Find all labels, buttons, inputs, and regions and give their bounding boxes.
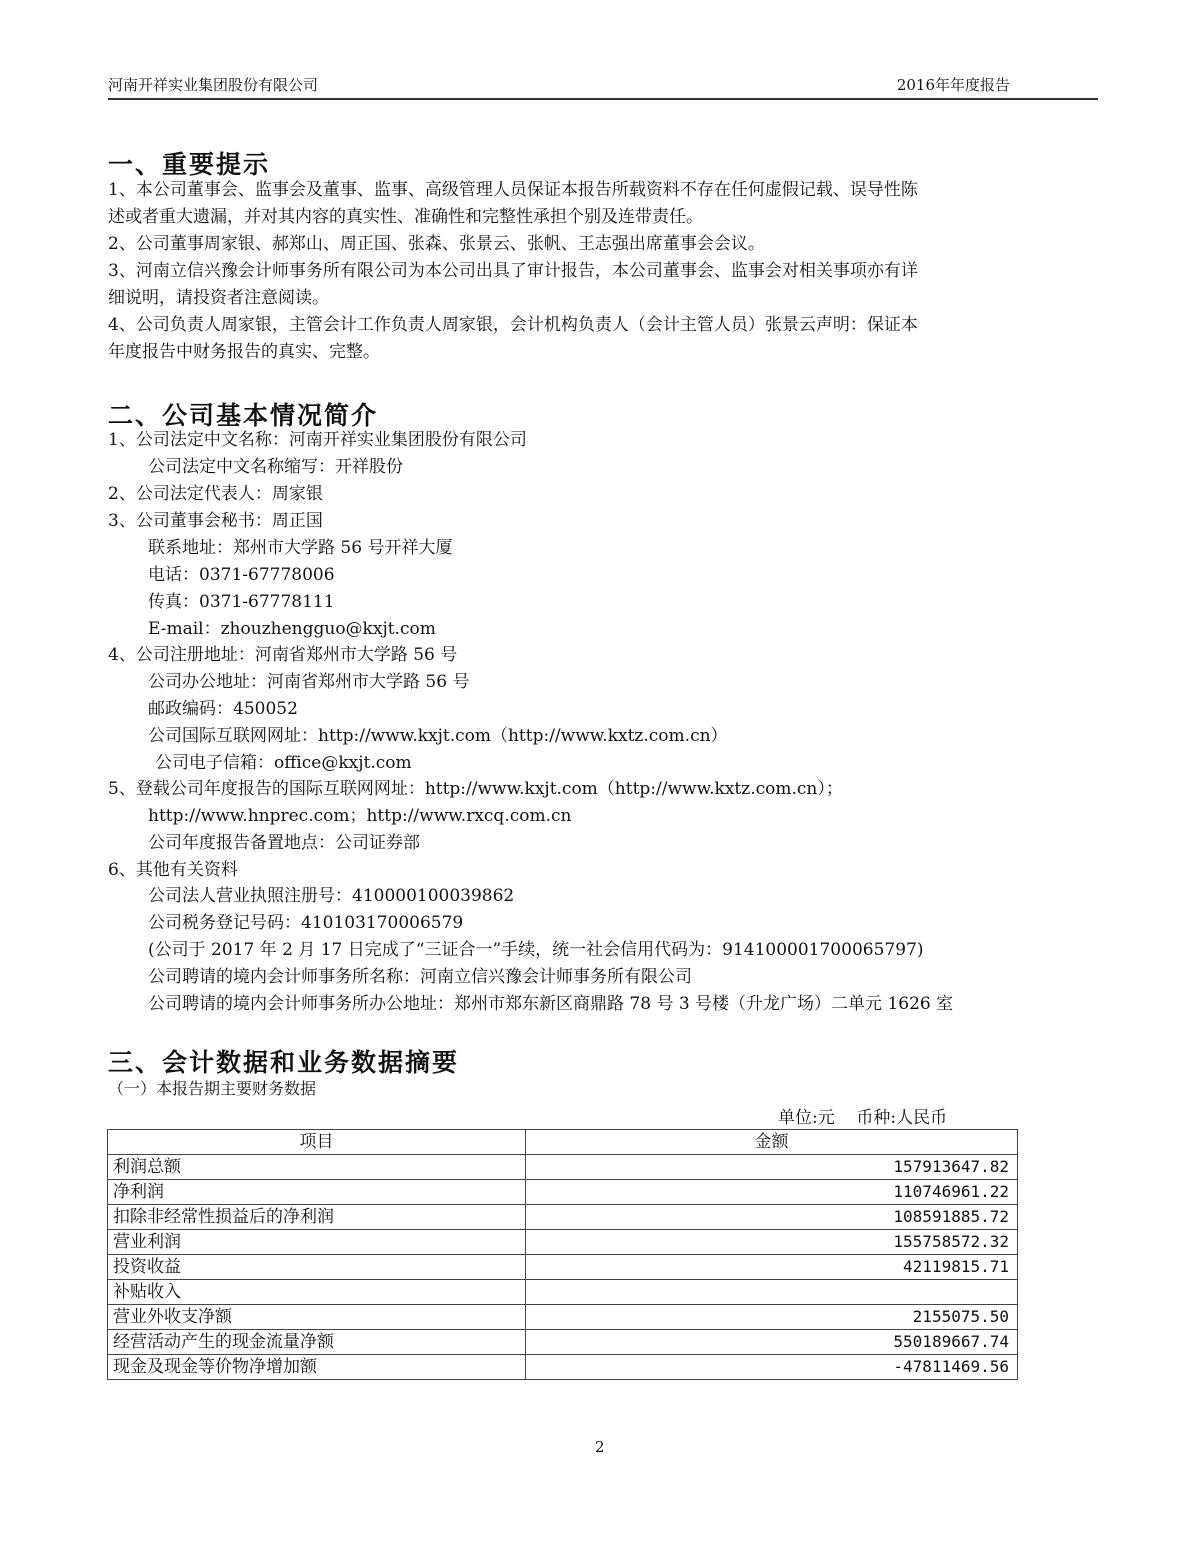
row-item: 扣除非经常性损益后的净利润 (108, 1205, 526, 1230)
contact-address: 联系地址：郑州市大学路 56 号开祥大厦 (148, 535, 452, 561)
credit-code-note: (公司于 2017 年 2 月 17 日完成了“三证合一”手续，统一社会信用代码… (148, 937, 923, 963)
row-item: 净利润 (108, 1180, 526, 1205)
row-item: 利润总额 (108, 1155, 526, 1180)
row-item: 现金及现金等价物净增加额 (108, 1355, 526, 1380)
row-amount: 42119815.71 (526, 1255, 1018, 1280)
row-amount: 2155075.50 (526, 1305, 1018, 1330)
table-row: 营业外收支净额 2155075.50 (108, 1305, 1018, 1330)
table-row: 利润总额 157913647.82 (108, 1155, 1018, 1180)
report-website-2: http://www.hnprec.com；http://www.rxcq.co… (148, 803, 571, 829)
row-amount: 157913647.82 (526, 1155, 1018, 1180)
table-header-row: 项目 金额 (108, 1130, 1018, 1155)
row-item: 营业外收支净额 (108, 1305, 526, 1330)
table-row: 净利润 110746961.22 (108, 1180, 1018, 1205)
phone: 电话：0371-67778006 (148, 562, 335, 588)
section1-line: 2、公司董事周家银、郝郑山、周正国、张森、张景云、张帆、王志强出席董事会会议。 (108, 231, 765, 257)
section1-line: 年度报告中财务报告的真实、完整。 (108, 339, 380, 365)
section1-line: 细说明，请投资者注意阅读。 (108, 285, 329, 311)
header-company: 河南开祥实业集团股份有限公司 (108, 74, 318, 95)
report-website: 5、登载公司年度报告的国际互联网网址：http://www.kxjt.com（h… (108, 776, 843, 802)
row-amount: 550189667.74 (526, 1330, 1018, 1355)
table-row: 经营活动产生的现金流量净额 550189667.74 (108, 1330, 1018, 1355)
table-row: 营业利润 155758572.32 (108, 1230, 1018, 1255)
row-item: 补贴收入 (108, 1280, 526, 1305)
row-item: 经营活动产生的现金流量净额 (108, 1330, 526, 1355)
header-report-title: 2016年年度报告 (897, 74, 1010, 95)
legal-representative: 2、公司法定代表人：周家银 (108, 481, 323, 507)
fax: 传真：0371-67778111 (148, 589, 335, 615)
unit-currency-label: 单位:元 币种:人民币 (778, 1103, 947, 1128)
table-row: 现金及现金等价物净增加额 -47811469.56 (108, 1355, 1018, 1380)
row-amount: 155758572.32 (526, 1230, 1018, 1255)
section3-title: 三、会计数据和业务数据摘要 (108, 1043, 459, 1079)
section1-title: 一、重要提示 (108, 145, 270, 181)
company-short-name: 公司法定中文名称缩写：开祥股份 (148, 454, 403, 480)
registered-address: 4、公司注册地址：河南省郑州市大学路 56 号 (108, 642, 457, 668)
board-secretary: 3、公司董事会秘书：周正国 (108, 508, 323, 534)
report-location: 公司年度报告备置地点：公司证券部 (148, 830, 420, 856)
column-header-amount: 金额 (526, 1130, 1018, 1155)
table-row: 扣除非经常性损益后的净利润 108591885.72 (108, 1205, 1018, 1230)
business-license-no: 公司法人营业执照注册号：410000100039862 (148, 883, 514, 909)
row-amount: 110746961.22 (526, 1180, 1018, 1205)
office-address: 公司办公地址：河南省郑州市大学路 56 号 (148, 669, 469, 695)
section3-subtitle: （一）本报告期主要财务数据 (108, 1076, 316, 1102)
row-amount: -47811469.56 (526, 1355, 1018, 1380)
row-amount: 108591885.72 (526, 1205, 1018, 1230)
section1-line: 4、公司负责人周家银，主管会计工作负责人周家银，会计机构负责人（会计主管人员）张… (108, 312, 918, 338)
auditor-address: 公司聘请的境内会计师事务所办公地址：郑州市郑东新区商鼎路 78 号 3 号楼（升… (148, 991, 953, 1017)
table-row: 投资收益 42119815.71 (108, 1255, 1018, 1280)
page-header: 河南开祥实业集团股份有限公司 2016年年度报告 (108, 72, 1098, 100)
row-item: 营业利润 (108, 1230, 526, 1255)
company-website: 公司国际互联网网址：http://www.kxjt.com（http://www… (148, 723, 728, 749)
financial-data-table: 项目 金额 利润总额 157913647.82 净利润 110746961.22… (107, 1129, 1018, 1380)
other-info-heading: 6、其他有关资料 (108, 857, 238, 883)
company-email: 公司电子信箱：office@kxjt.com (155, 750, 412, 776)
postal-code: 邮政编码：450052 (148, 696, 298, 722)
section1-line: 3、河南立信兴豫会计师事务所有限公司为本公司出具了审计报告，本公司董事会、监事会… (108, 258, 918, 284)
section1-line: 述或者重大遗漏，并对其内容的真实性、准确性和完整性承担个别及连带责任。 (108, 204, 703, 230)
section1-line: 1、本公司董事会、监事会及董事、监事、高级管理人员保证本报告所载资料不存在任何虚… (108, 177, 918, 203)
column-header-item: 项目 (108, 1130, 526, 1155)
tax-registration-no: 公司税务登记号码：410103170006579 (148, 910, 463, 936)
email: E-mail：zhouzhengguo@kxjt.com (148, 616, 436, 642)
page-number: 2 (595, 1438, 605, 1456)
table-row: 补贴收入 (108, 1280, 1018, 1305)
company-legal-name: 1、公司法定中文名称：河南开祥实业集团股份有限公司 (108, 427, 527, 453)
row-amount (526, 1280, 1018, 1305)
row-item: 投资收益 (108, 1255, 526, 1280)
auditor-name: 公司聘请的境内会计师事务所名称：河南立信兴豫会计师事务所有限公司 (148, 964, 692, 990)
